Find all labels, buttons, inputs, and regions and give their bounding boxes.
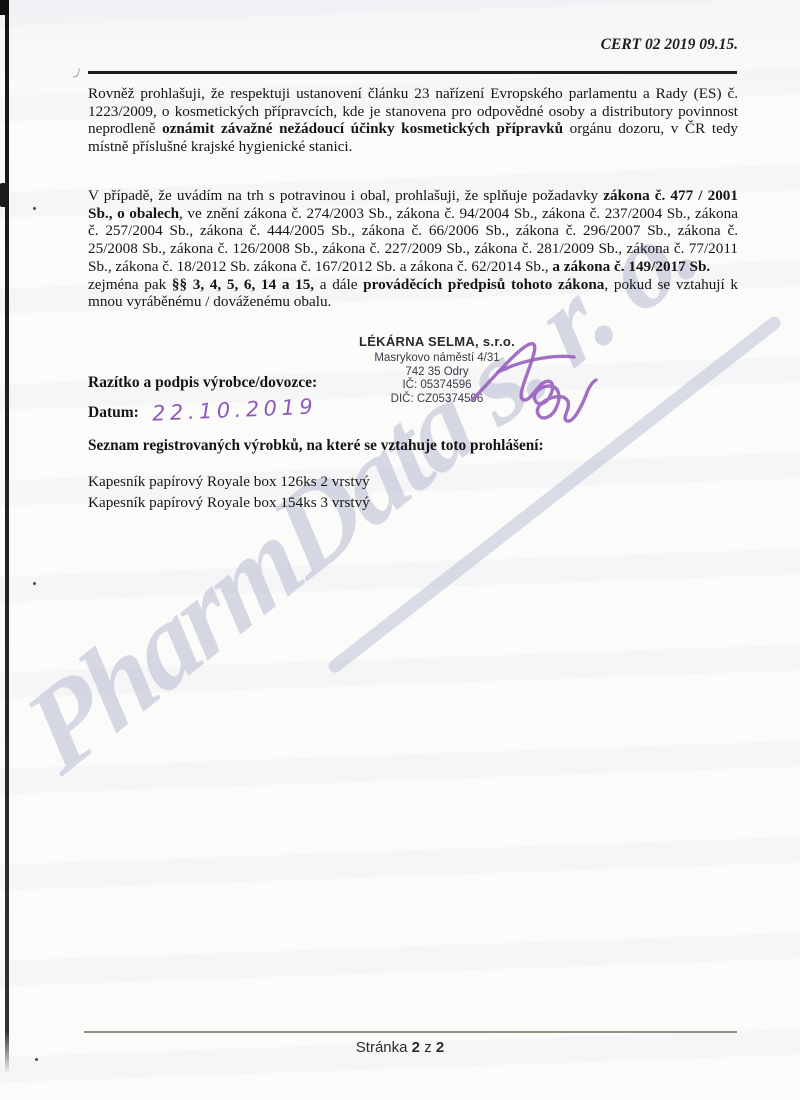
scan-speck xyxy=(33,207,36,210)
products-heading: Seznam registrovaných výrobků, na které … xyxy=(88,437,544,455)
scan-speck xyxy=(73,68,80,79)
products-list: Kapesník papírový Royale box 126ks 2 vrs… xyxy=(88,471,370,513)
footer-current-page: 2 xyxy=(412,1039,420,1056)
scan-speck xyxy=(33,582,36,585)
header-rule xyxy=(88,71,737,74)
scan-speck xyxy=(35,1058,38,1061)
product-item: Kapesník papírový Royale box 126ks 2 vrs… xyxy=(88,471,370,492)
handwritten-date: 22.10.2019 xyxy=(152,394,318,425)
product-item: Kapesník papírový Royale box 154ks 3 vrs… xyxy=(88,492,370,513)
scan-corner-artifact xyxy=(0,0,9,15)
stamp-signature-label: Razítko a podpis výrobce/dovozce: xyxy=(88,374,317,392)
footer-total-pages: 2 xyxy=(436,1039,444,1056)
footer-rule xyxy=(84,1031,737,1033)
footer-page-number: Stránka 2 z 2 xyxy=(0,1039,800,1056)
date-label: Datum: xyxy=(88,404,139,422)
scan-edge-blob xyxy=(0,183,8,207)
paragraph-cosmetics-declaration: Rovněž prohlašuji, že respektuji ustanov… xyxy=(88,85,738,156)
scanned-document-page: PharmData s. r. o. CERT 02 2019 09.15. R… xyxy=(0,0,800,1100)
paragraph-packaging-law: V případě, že uvádím na trh s potravinou… xyxy=(88,187,738,276)
signature-handwriting xyxy=(468,338,608,424)
document-reference: CERT 02 2019 09.15. xyxy=(601,36,738,54)
paragraph-block-packaging: V případě, že uvádím na trh s potravinou… xyxy=(88,187,738,311)
scan-edge-artifact xyxy=(5,0,9,1074)
footer-of: z xyxy=(424,1039,432,1056)
paragraph-packaging-scope: zejména pak §§ 3, 4, 5, 6, 14 a 15, a dá… xyxy=(88,276,738,311)
footer-label: Stránka xyxy=(356,1039,408,1056)
